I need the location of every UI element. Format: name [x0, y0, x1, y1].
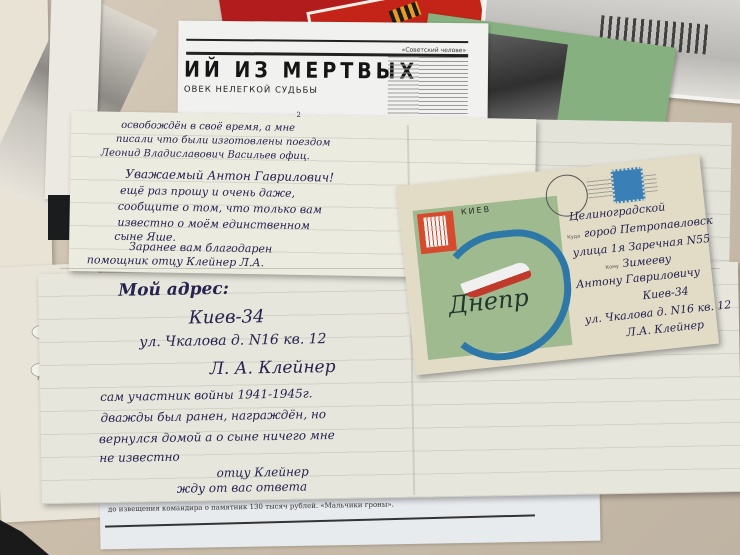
newspaper-headline: ИЙ ИЗ МЕРТВЫХ	[184, 57, 418, 84]
letter-line: Уважаемый Антон Гаврилович!	[125, 167, 334, 185]
page-number: 2	[296, 111, 301, 119]
newspaper-subheadline: ОВЕК НЕЛЕГКОЙ СУДЬБЫ	[184, 85, 318, 96]
letter-line: не известно	[99, 450, 180, 465]
envelope: КИЕВ Днепр Целиноградской Кудагород Петр…	[396, 155, 719, 376]
letter-line: Заранее вам благодарен	[129, 240, 272, 255]
letter-line: сам участник войны 1941-1945г.	[100, 386, 313, 404]
letter-line: отцу Клейнер	[216, 464, 308, 480]
newspaper-source: «Советский челове»	[402, 47, 467, 55]
letter-line: вернулся домой а о сыне ничего мне	[99, 428, 335, 446]
newspaper-columns	[388, 56, 469, 115]
letter-line: помощник отцу Клейнер Л.А.	[87, 253, 265, 269]
rule	[186, 39, 468, 43]
address-line: Киев-34	[638, 284, 689, 302]
letter-line: писали что были изготовлены поездом	[116, 134, 331, 149]
letter-line: Мой адрес:	[118, 279, 229, 301]
letter-line: ул. Чкалова д. N16 кв. 12	[139, 331, 327, 350]
letter-line: Киев-34	[189, 306, 265, 328]
letter-line: Леонид Владиславович Васильев офиц.	[101, 147, 310, 162]
letter-line: сообщите о том, что только вам	[118, 200, 322, 217]
letter-line: дважды был ранен, награждён, но	[100, 407, 326, 425]
postage-stamp	[610, 167, 645, 204]
building-icon	[423, 215, 448, 247]
letter-line: Л. А. Клейнер	[210, 357, 336, 379]
newspaper-clipping: «Советский челове» ИЙ ИЗ МЕРТВЫХ ОВЕК НЕ…	[178, 21, 489, 124]
letter-line: ещё раз прошу и очень даже,	[120, 184, 295, 200]
letter-line: освобождён в своё время, а мне	[121, 120, 295, 134]
document-scene: «Советский челове» ИЙ ИЗ МЕРТВЫХ ОВЕК НЕ…	[0, 0, 740, 555]
dark-object	[0, 520, 55, 555]
letter-line: жду от вас ответа	[177, 479, 308, 495]
